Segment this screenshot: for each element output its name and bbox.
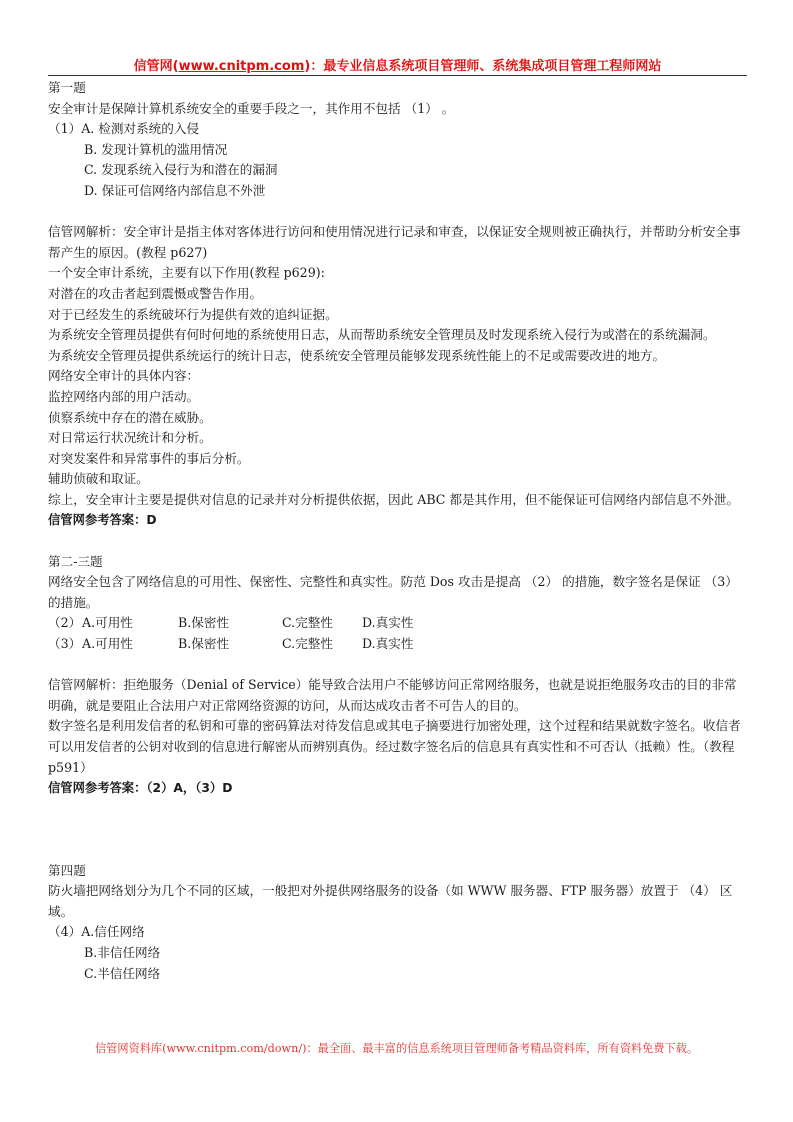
q1-analysis-line: 对突发案件和异常事件的事后分析。 — [48, 449, 748, 470]
q23-answer: 信管网参考答案：（2）A，（3）D — [48, 778, 748, 799]
q1-analysis-line: 辅助侦破和取证。 — [48, 469, 748, 490]
spacer — [48, 202, 748, 223]
q23-option-c: C.完整性 — [282, 634, 362, 655]
q1-analysis-line: 为系统安全管理员提供有何时何地的系统使用日志，从而帮助系统安全管理员及时发现系统… — [48, 325, 748, 346]
q23-option-num: （3） — [48, 634, 82, 655]
q1-analysis-line: 对潜在的攻击者起到震慑或警告作用。 — [48, 284, 748, 305]
q23-analysis-dos: 信管网解析：拒绝服务（Denial of Service）能导致合法用户不能够访… — [48, 675, 748, 716]
q23-option-num: （2） — [48, 613, 82, 634]
q23-option-c: C.完整性 — [282, 613, 362, 634]
q23-option-a: A.可用性 — [82, 634, 178, 655]
q1-option-d: D. 保证可信网络内部信息不外泄 — [48, 181, 748, 202]
page-header: 信管网(www.cnitpm.com)：最专业信息系统项目管理师、系统集成项目管… — [48, 55, 747, 76]
q23-option-b: B.保密性 — [178, 613, 282, 634]
q1-analysis-line: 监控网络内部的用户活动。 — [48, 387, 748, 408]
q23-option-b: B.保密性 — [178, 634, 282, 655]
q4-option-a: （4）A.信任网络 — [48, 922, 748, 943]
q23-option-d: D.真实性 — [362, 634, 413, 655]
q1-option-b: B. 发现计算机的滥用情况 — [48, 140, 748, 161]
spacer — [48, 819, 748, 840]
q23-option-row: （2） A.可用性 B.保密性 C.完整性 D.真实性 — [48, 613, 748, 634]
q1-analysis-line: 为系统安全管理员提供系统运行的统计日志，使系统安全管理员能够发现系统性能上的不足… — [48, 346, 748, 367]
q4-stem: 防火墙把网络划分为几个不同的区域，一般把对外提供网络服务的设备（如 WWW 服务… — [48, 881, 748, 922]
q1-analysis-line: 侦察系统中存在的潜在威胁。 — [48, 408, 748, 429]
q1-analysis-line: 对于已经发生的系统破坏行为提供有效的追纠证据。 — [48, 305, 748, 326]
q1-analysis-line: 网络安全审计的具体内容： — [48, 366, 748, 387]
q4-option-b: B.非信任网络 — [48, 943, 748, 964]
q1-option-c: C. 发现系统入侵行为和潜在的漏洞 — [48, 160, 748, 181]
q1-stem: 安全审计是保障计算机系统安全的重要手段之一，其作用不包括 （1） 。 — [48, 99, 748, 120]
q1-analysis-line: 一个安全审计系统，主要有以下作用(教程 p629): — [48, 263, 748, 284]
q4-option-c: C.半信任网络 — [48, 964, 748, 985]
q1-analysis-summary: 综上，安全审计主要是提供对信息的记录并对分析提供依据，因此 ABC 都是其作用，… — [48, 490, 748, 511]
q23-option-a: A.可用性 — [82, 613, 178, 634]
q4-title: 第四题 — [48, 861, 748, 882]
header-prefix: 信管网( — [134, 59, 179, 74]
spacer — [48, 531, 748, 552]
q23-stem: 网络安全包含了网络信息的可用性、保密性、完整性和真实性。防范 Dos 攻击是提高… — [48, 572, 748, 613]
q23-analysis-signature: 数字签名是利用发信者的私钥和可靠的密码算法对待发信息或其电子摘要进行加密处理，这… — [48, 716, 748, 778]
q1-analysis-intro: 信管网解析：安全审计是指主体对客体进行访问和使用情况进行记录和审查，以保证安全规… — [48, 222, 748, 263]
q23-option-row: （3） A.可用性 B.保密性 C.完整性 D.真实性 — [48, 634, 748, 655]
header-title: 信管网(www.cnitpm.com)：最专业信息系统项目管理师、系统集成项目管… — [134, 59, 662, 74]
header-site-link[interactable]: www.cnitpm.com — [179, 59, 305, 74]
spacer — [48, 840, 748, 861]
q23-title: 第二-三题 — [48, 552, 748, 573]
q1-analysis-line: 对日常运行状况统计和分析。 — [48, 428, 748, 449]
header-suffix: )：最专业信息系统项目管理师、系统集成项目管理工程师网站 — [304, 59, 661, 74]
q1-option-a: （1）A. 检测对系统的入侵 — [48, 119, 748, 140]
page-footer: 信管网资料库(www.cnitpm.com/down/)：最全面、最丰富的信息系… — [0, 1040, 793, 1056]
q23-option-d: D.真实性 — [362, 613, 413, 634]
q1-answer: 信管网参考答案：D — [48, 510, 748, 531]
spacer — [48, 655, 748, 676]
document-body: 第一题 安全审计是保障计算机系统安全的重要手段之一，其作用不包括 （1） 。 （… — [48, 78, 748, 984]
q1-title: 第一题 — [48, 78, 748, 99]
spacer — [48, 799, 748, 820]
